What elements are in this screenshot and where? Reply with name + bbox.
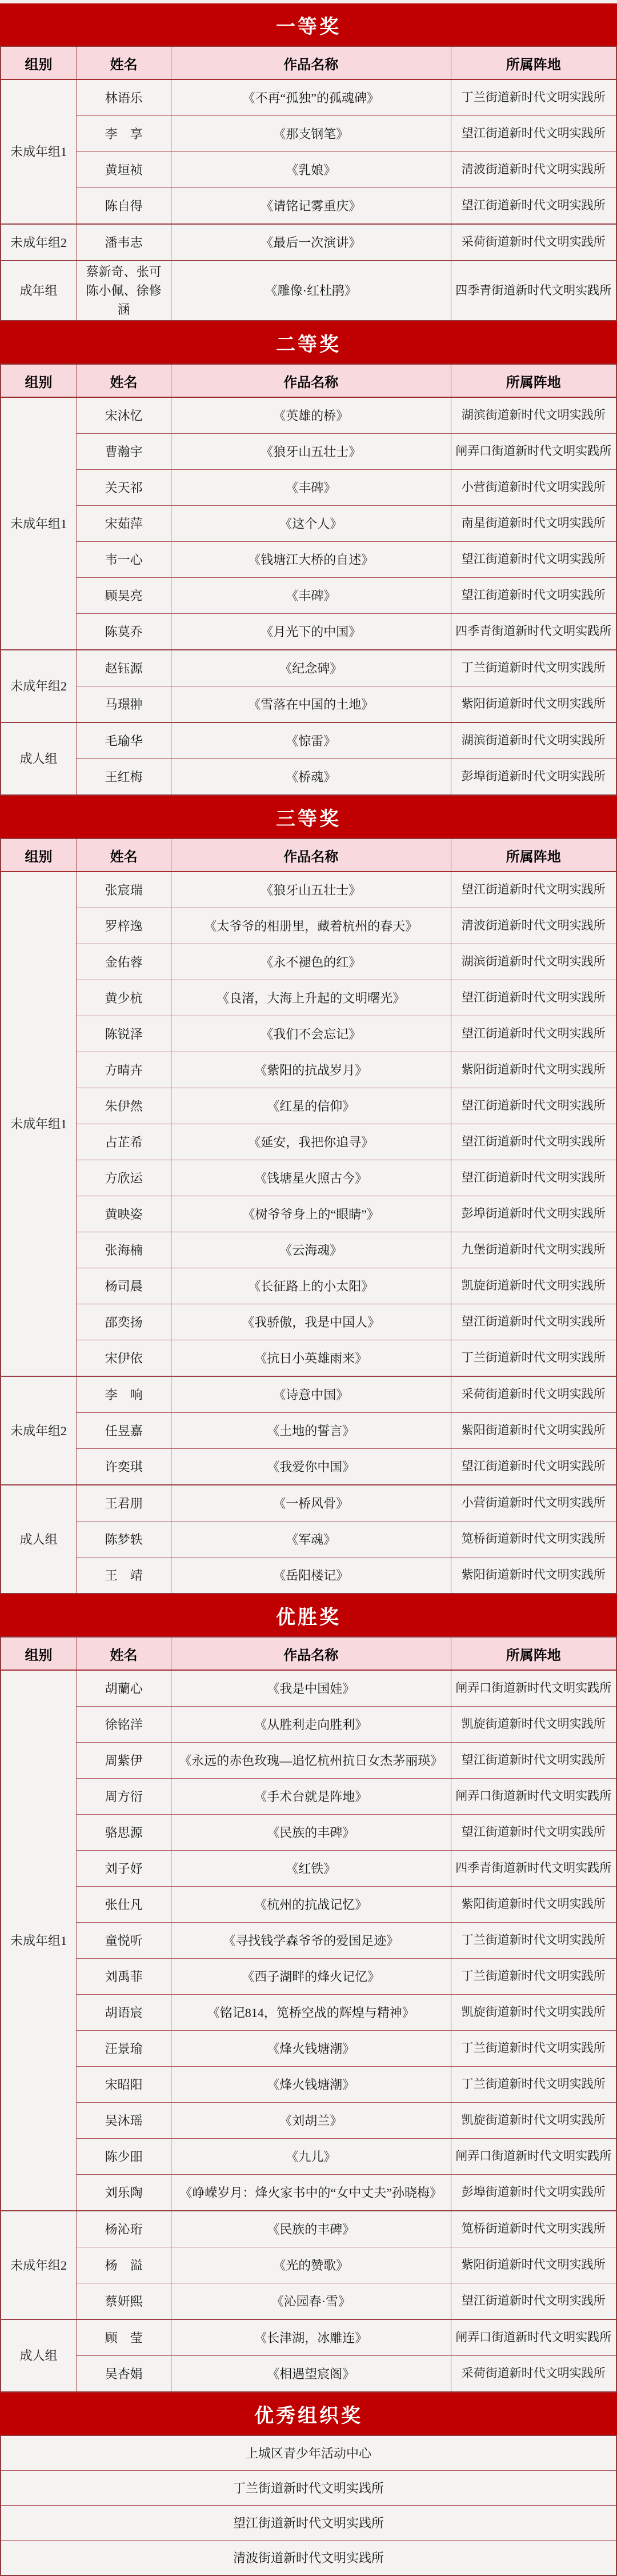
award-row: 罗梓逸《太爷爷的相册里，藏着杭州的春天》清波街道新时代文明实践所 bbox=[1, 908, 616, 944]
award-row: 周紫伊《永远的赤色玫瑰—追忆杭州抗日女杰茅丽瑛》望江街道新时代文明实践所 bbox=[1, 1743, 616, 1779]
org-cell: 望江街道新时代文明实践所 bbox=[451, 1743, 616, 1779]
award-row: 张海楠《云海魂》九堡街道新时代文明实践所 bbox=[1, 1232, 616, 1268]
award-table: 组别姓名作品名称所属阵地未成年组1林语乐《不再“孤独”的孤魂碑》丁兰街道新时代文… bbox=[0, 46, 617, 321]
prize-section-banner: 二等奖 bbox=[0, 321, 617, 364]
winner-name-cell: 骆思源 bbox=[77, 1815, 171, 1851]
work-title-cell: 《不再“孤独”的孤魂碑》 bbox=[171, 79, 451, 116]
org-cell: 凯旋街道新时代文明实践所 bbox=[451, 1995, 616, 2031]
award-row: 未成年组1胡蘭心《我是中国娃》闸弄口街道新时代文明实践所 bbox=[1, 1670, 616, 1707]
org-cell: 望江街道新时代文明实践所 bbox=[451, 1016, 616, 1052]
org-cell: 丁兰街道新时代文明实践所 bbox=[451, 2067, 616, 2103]
column-header: 作品名称 bbox=[171, 46, 451, 79]
org-cell: 丁兰街道新时代文明实践所 bbox=[451, 79, 616, 116]
work-title-cell: 《红星的信仰》 bbox=[171, 1088, 451, 1124]
org-cell: 丁兰街道新时代文明实践所 bbox=[451, 650, 616, 686]
winner-name-cell: 黄垣祯 bbox=[77, 152, 171, 188]
winner-name-cell: 徐铭洋 bbox=[77, 1707, 171, 1743]
award-row: 吴沐瑶《刘胡兰》凯旋街道新时代文明实践所 bbox=[1, 2103, 616, 2139]
work-title-cell: 《长津湖，冰雕连》 bbox=[171, 2319, 451, 2356]
winner-name-cell: 任昱嘉 bbox=[77, 1413, 171, 1449]
winner-name-cell: 毛瑜华 bbox=[77, 722, 171, 759]
work-title-cell: 《这个人》 bbox=[171, 506, 451, 542]
work-title-cell: 《长征路上的小太阳》 bbox=[171, 1268, 451, 1304]
org-cell: 闸弄口街道新时代文明实践所 bbox=[451, 1779, 616, 1815]
work-title-cell: 《军魂》 bbox=[171, 1521, 451, 1557]
column-header: 姓名 bbox=[77, 838, 171, 872]
winner-name-cell: 张仕凡 bbox=[77, 1887, 171, 1923]
org-cell: 闸弄口街道新时代文明实践所 bbox=[451, 2139, 616, 2175]
winner-name-cell: 金佑蓉 bbox=[77, 944, 171, 980]
org-cell: 闸弄口街道新时代文明实践所 bbox=[451, 2319, 616, 2356]
org-cell: 采荷街道新时代文明实践所 bbox=[451, 1376, 616, 1413]
award-row: 陈锐泽《我们不会忘记》望江街道新时代文明实践所 bbox=[1, 1016, 616, 1052]
org-cell: 笕桥街道新时代文明实践所 bbox=[451, 2211, 616, 2247]
award-row: 宋茹萍《这个人》南星街道新时代文明实践所 bbox=[1, 506, 616, 542]
org-cell: 彭埠街道新时代文明实践所 bbox=[451, 2175, 616, 2211]
org-cell: 采荷街道新时代文明实践所 bbox=[451, 224, 616, 261]
award-row: 胡语宸《铭记814，笕桥空战的辉煌与精神》凯旋街道新时代文明实践所 bbox=[1, 1995, 616, 2031]
winner-name-cell: 周方衍 bbox=[77, 1779, 171, 1815]
award-row: 许奕琪《我爱你中国》望江街道新时代文明实践所 bbox=[1, 1449, 616, 1485]
award-row: 黄垣祯《乳娘》清波街道新时代文明实践所 bbox=[1, 152, 616, 188]
org-cell: 闸弄口街道新时代文明实践所 bbox=[451, 434, 616, 470]
group-cell: 未成年组1 bbox=[1, 397, 77, 650]
winner-name-cell: 赵钰源 bbox=[77, 650, 171, 686]
winner-name-cell: 王 靖 bbox=[77, 1557, 171, 1594]
org-award-table: 上城区青少年活动中心丁兰街道新时代文明实践所望江街道新时代文明实践所清波街道新时… bbox=[0, 2435, 617, 2576]
org-cell: 清波街道新时代文明实践所 bbox=[451, 908, 616, 944]
group-cell: 成人组 bbox=[1, 1485, 77, 1593]
winner-name-cell: 周紫伊 bbox=[77, 1743, 171, 1779]
org-cell: 望江街道新时代文明实践所 bbox=[451, 2283, 616, 2320]
column-header-row: 组别姓名作品名称所属阵地 bbox=[1, 838, 616, 872]
award-row: 邵奕扬《我骄傲，我是中国人》望江街道新时代文明实践所 bbox=[1, 1304, 616, 1340]
award-row: 宋伊依《抗日小英雄雨来》丁兰街道新时代文明实践所 bbox=[1, 1340, 616, 1377]
work-title-cell: 《那支钢笔》 bbox=[171, 116, 451, 152]
work-title-cell: 《雪落在中国的土地》 bbox=[171, 686, 451, 723]
work-title-cell: 《永远的赤色玫瑰—追忆杭州抗日女杰茅丽瑛》 bbox=[171, 1743, 451, 1779]
org-award-cell: 丁兰街道新时代文明实践所 bbox=[1, 2471, 616, 2506]
column-header-row: 组别姓名作品名称所属阵地 bbox=[1, 46, 616, 79]
award-row: 未成年组1张宸瑞《狼牙山五壮士》望江街道新时代文明实践所 bbox=[1, 872, 616, 908]
org-cell: 湖滨街道新时代文明实践所 bbox=[451, 397, 616, 434]
work-title-cell: 《英雄的桥》 bbox=[171, 397, 451, 434]
winner-name-cell: 罗梓逸 bbox=[77, 908, 171, 944]
org-cell: 清波街道新时代文明实践所 bbox=[451, 152, 616, 188]
org-cell: 望江街道新时代文明实践所 bbox=[451, 980, 616, 1016]
work-title-cell: 《请铭记雾重庆》 bbox=[171, 188, 451, 225]
org-cell: 湖滨街道新时代文明实践所 bbox=[451, 722, 616, 759]
work-title-cell: 《相遇望宸阁》 bbox=[171, 2356, 451, 2393]
winner-name-cell: 杨司晨 bbox=[77, 1268, 171, 1304]
winner-name-cell: 杨 溢 bbox=[77, 2247, 171, 2283]
org-cell: 望江街道新时代文明实践所 bbox=[451, 1124, 616, 1160]
group-cell: 成人组 bbox=[1, 2319, 77, 2392]
winner-name-cell: 马璟翀 bbox=[77, 686, 171, 723]
work-title-cell: 《最后一次演讲》 bbox=[171, 224, 451, 261]
award-row: 王红梅《桥魂》彭埠街道新时代文明实践所 bbox=[1, 759, 616, 796]
work-title-cell: 《惊雷》 bbox=[171, 722, 451, 759]
prize-section-banner: 三等奖 bbox=[0, 796, 617, 838]
work-title-cell: 《九儿》 bbox=[171, 2139, 451, 2175]
work-title-cell: 《我们不会忘记》 bbox=[171, 1016, 451, 1052]
org-cell: 望江街道新时代文明实践所 bbox=[451, 872, 616, 908]
org-cell: 小营街道新时代文明实践所 bbox=[451, 1485, 616, 1521]
winner-name-cell: 李 享 bbox=[77, 116, 171, 152]
winner-name-cell: 王红梅 bbox=[77, 759, 171, 796]
group-cell: 成人组 bbox=[1, 722, 77, 795]
award-table-body: 未成年组1胡蘭心《我是中国娃》闸弄口街道新时代文明实践所徐铭洋《从胜利走向胜利》… bbox=[1, 1670, 616, 2392]
work-title-cell: 《杭州的抗战记忆》 bbox=[171, 1887, 451, 1923]
winner-name-cell: 陈自得 bbox=[77, 188, 171, 225]
winner-name-cell: 黄少杭 bbox=[77, 980, 171, 1016]
work-title-cell: 《民族的丰碑》 bbox=[171, 2211, 451, 2247]
column-header-row: 组别姓名作品名称所属阵地 bbox=[1, 364, 616, 397]
org-cell: 凯旋街道新时代文明实践所 bbox=[451, 2103, 616, 2139]
work-title-cell: 《铭记814，笕桥空战的辉煌与精神》 bbox=[171, 1995, 451, 2031]
winner-name-cell: 张宸瑞 bbox=[77, 872, 171, 908]
winner-name-cell: 曹瀚宇 bbox=[77, 434, 171, 470]
work-title-cell: 《狼牙山五壮士》 bbox=[171, 872, 451, 908]
winner-name-cell: 刘子妤 bbox=[77, 1851, 171, 1887]
group-cell: 未成年组1 bbox=[1, 1670, 77, 2211]
winner-name-cell: 王君朋 bbox=[77, 1485, 171, 1521]
org-cell: 四季青街道新时代文明实践所 bbox=[451, 261, 616, 321]
award-row: 未成年组2杨沁珩《民族的丰碑》笕桥街道新时代文明实践所 bbox=[1, 2211, 616, 2247]
org-cell: 望江街道新时代文明实践所 bbox=[451, 116, 616, 152]
column-header: 组别 bbox=[1, 364, 77, 397]
org-cell: 紫阳街道新时代文明实践所 bbox=[451, 1052, 616, 1088]
winner-name-cell: 方晴卉 bbox=[77, 1052, 171, 1088]
org-cell: 凯旋街道新时代文明实践所 bbox=[451, 1707, 616, 1743]
org-cell: 小营街道新时代文明实践所 bbox=[451, 470, 616, 506]
org-cell: 凯旋街道新时代文明实践所 bbox=[451, 1268, 616, 1304]
award-row: 韦一心《钱塘江大桥的自述》望江街道新时代文明实践所 bbox=[1, 542, 616, 578]
work-title-cell: 《太爷爷的相册里，藏着杭州的春天》 bbox=[171, 908, 451, 944]
column-header: 作品名称 bbox=[171, 838, 451, 872]
award-row: 任昱嘉《土地的誓言》紫阳街道新时代文明实践所 bbox=[1, 1413, 616, 1449]
award-row: 童悦听《寻找钱学森爷爷的爱国足迹》丁兰街道新时代文明实践所 bbox=[1, 1923, 616, 1959]
org-cell: 望江街道新时代文明实践所 bbox=[451, 188, 616, 225]
org-award-row: 望江街道新时代文明实践所 bbox=[1, 2506, 616, 2541]
winner-name-cell: 宋昭阳 bbox=[77, 2067, 171, 2103]
group-cell: 未成年组2 bbox=[1, 224, 77, 261]
work-title-cell: 《狼牙山五壮士》 bbox=[171, 434, 451, 470]
winner-name-cell: 陈梦轶 bbox=[77, 1521, 171, 1557]
org-cell: 四季青街道新时代文明实践所 bbox=[451, 1851, 616, 1887]
winner-name-cell: 韦一心 bbox=[77, 542, 171, 578]
org-cell: 笕桥街道新时代文明实践所 bbox=[451, 1521, 616, 1557]
column-header: 作品名称 bbox=[171, 364, 451, 397]
org-cell: 望江街道新时代文明实践所 bbox=[451, 1304, 616, 1340]
work-title-cell: 《乳娘》 bbox=[171, 152, 451, 188]
org-cell: 丁兰街道新时代文明实践所 bbox=[451, 2031, 616, 2067]
winner-name-cell: 方欣运 bbox=[77, 1160, 171, 1196]
award-table-head: 组别姓名作品名称所属阵地 bbox=[1, 46, 616, 79]
award-row: 周方衍《手术台就是阵地》闸弄口街道新时代文明实践所 bbox=[1, 1779, 616, 1815]
column-header: 所属阵地 bbox=[451, 1637, 616, 1670]
award-row: 占芷希《延安，我把你追寻》望江街道新时代文明实践所 bbox=[1, 1124, 616, 1160]
award-row: 金佑蓉《永不褪色的红》湖滨街道新时代文明实践所 bbox=[1, 944, 616, 980]
column-header: 所属阵地 bbox=[451, 46, 616, 79]
award-row: 顾昊亮《丰碑》望江街道新时代文明实践所 bbox=[1, 578, 616, 614]
winner-name-cell: 陈莫乔 bbox=[77, 614, 171, 650]
award-row: 成人组王君朋《一桥风骨》小营街道新时代文明实践所 bbox=[1, 1485, 616, 1521]
work-title-cell: 《丰碑》 bbox=[171, 470, 451, 506]
work-title-cell: 《岳阳楼记》 bbox=[171, 1557, 451, 1594]
column-header: 所属阵地 bbox=[451, 364, 616, 397]
org-cell: 丁兰街道新时代文明实践所 bbox=[451, 1340, 616, 1377]
winner-name-cell: 刘禹菲 bbox=[77, 1959, 171, 1995]
award-table-body: 未成年组1宋沐忆《英雄的桥》湖滨街道新时代文明实践所曹瀚宇《狼牙山五壮士》闸弄口… bbox=[1, 397, 616, 795]
work-title-cell: 《月光下的中国》 bbox=[171, 614, 451, 650]
award-table: 组别姓名作品名称所属阵地未成年组1宋沐忆《英雄的桥》湖滨街道新时代文明实践所曹瀚… bbox=[0, 364, 617, 796]
prize-section-banner: 优胜奖 bbox=[0, 1594, 617, 1636]
work-title-cell: 《桥魂》 bbox=[171, 759, 451, 796]
winner-name-cell: 宋茹萍 bbox=[77, 506, 171, 542]
award-row: 成人组毛瑜华《惊雷》湖滨街道新时代文明实践所 bbox=[1, 722, 616, 759]
award-row: 张仕凡《杭州的抗战记忆》紫阳街道新时代文明实践所 bbox=[1, 1887, 616, 1923]
org-cell: 紫阳街道新时代文明实践所 bbox=[451, 2247, 616, 2283]
award-row: 方晴卉《紫阳的抗战岁月》紫阳街道新时代文明实践所 bbox=[1, 1052, 616, 1088]
work-title-cell: 《钱塘江大桥的自述》 bbox=[171, 542, 451, 578]
work-title-cell: 《一桥风骨》 bbox=[171, 1485, 451, 1521]
work-title-cell: 《紫阳的抗战岁月》 bbox=[171, 1052, 451, 1088]
column-header: 组别 bbox=[1, 838, 77, 872]
group-cell: 未成年组2 bbox=[1, 650, 77, 722]
column-header: 所属阵地 bbox=[451, 838, 616, 872]
winner-name-cell: 宋伊依 bbox=[77, 1340, 171, 1377]
org-cell: 望江街道新时代文明实践所 bbox=[451, 1449, 616, 1485]
award-row: 王 靖《岳阳楼记》紫阳街道新时代文明实践所 bbox=[1, 1557, 616, 1594]
column-header: 组别 bbox=[1, 46, 77, 79]
winner-name-cell: 吴沐瑶 bbox=[77, 2103, 171, 2139]
work-title-cell: 《烽火钱塘潮》 bbox=[171, 2067, 451, 2103]
award-row: 汪景瑜《烽火钱塘潮》丁兰街道新时代文明实践所 bbox=[1, 2031, 616, 2067]
column-header: 姓名 bbox=[77, 364, 171, 397]
award-row: 未成年组1宋沐忆《英雄的桥》湖滨街道新时代文明实践所 bbox=[1, 397, 616, 434]
award-row: 杨 溢《光的赞歌》紫阳街道新时代文明实践所 bbox=[1, 2247, 616, 2283]
award-row: 陈自得《请铭记雾重庆》望江街道新时代文明实践所 bbox=[1, 188, 616, 225]
work-title-cell: 《我是中国娃》 bbox=[171, 1670, 451, 1707]
award-row: 陈梦轶《军魂》笕桥街道新时代文明实践所 bbox=[1, 1521, 616, 1557]
group-cell: 成年组 bbox=[1, 261, 77, 321]
winner-name-cell: 刘乐陶 bbox=[77, 2175, 171, 2211]
work-title-cell: 《手术台就是阵地》 bbox=[171, 1779, 451, 1815]
winner-name-cell: 潘韦志 bbox=[77, 224, 171, 261]
column-header: 姓名 bbox=[77, 46, 171, 79]
award-row: 曹瀚宇《狼牙山五壮士》闸弄口街道新时代文明实践所 bbox=[1, 434, 616, 470]
winner-name-cell: 张海楠 bbox=[77, 1232, 171, 1268]
award-row: 关天祁《丰碑》小营街道新时代文明实践所 bbox=[1, 470, 616, 506]
work-title-cell: 《峥嵘岁月：烽火家书中的“女中丈夫”孙晓梅》 bbox=[171, 2175, 451, 2211]
org-cell: 紫阳街道新时代文明实践所 bbox=[451, 1887, 616, 1923]
org-cell: 采荷街道新时代文明实践所 bbox=[451, 2356, 616, 2393]
award-table-head: 组别姓名作品名称所属阵地 bbox=[1, 838, 616, 872]
work-title-cell: 《从胜利走向胜利》 bbox=[171, 1707, 451, 1743]
winner-name-cell: 胡语宸 bbox=[77, 1995, 171, 2031]
work-title-cell: 《雕像·红杜鹃》 bbox=[171, 261, 451, 321]
work-title-cell: 《土地的誓言》 bbox=[171, 1413, 451, 1449]
group-cell: 未成年组1 bbox=[1, 79, 77, 224]
award-row: 刘子妤《红铁》四季青街道新时代文明实践所 bbox=[1, 1851, 616, 1887]
award-row: 未成年组2赵钰源《纪念碑》丁兰街道新时代文明实践所 bbox=[1, 650, 616, 686]
winner-name-cell: 邵奕扬 bbox=[77, 1304, 171, 1340]
award-row: 徐铭洋《从胜利走向胜利》凯旋街道新时代文明实践所 bbox=[1, 1707, 616, 1743]
award-table-head: 组别姓名作品名称所属阵地 bbox=[1, 1637, 616, 1670]
winner-name-cell: 关天祁 bbox=[77, 470, 171, 506]
award-row: 方欣运《钱塘星火照古今》望江街道新时代文明实践所 bbox=[1, 1160, 616, 1196]
winner-name-cell: 汪景瑜 bbox=[77, 2031, 171, 2067]
work-title-cell: 《寻找钱学森爷爷的爱国足迹》 bbox=[171, 1923, 451, 1959]
winner-name-cell: 李 响 bbox=[77, 1376, 171, 1413]
work-title-cell: 《丰碑》 bbox=[171, 578, 451, 614]
work-title-cell: 《钱塘星火照古今》 bbox=[171, 1160, 451, 1196]
group-cell: 未成年组2 bbox=[1, 2211, 77, 2319]
winner-name-cell: 陈少昍 bbox=[77, 2139, 171, 2175]
winner-name-cell: 朱伊然 bbox=[77, 1088, 171, 1124]
column-header: 姓名 bbox=[77, 1637, 171, 1670]
winner-name-cell: 吴杏娟 bbox=[77, 2356, 171, 2393]
work-title-cell: 《民族的丰碑》 bbox=[171, 1815, 451, 1851]
work-title-cell: 《我爱你中国》 bbox=[171, 1449, 451, 1485]
award-table-body: 未成年组1张宸瑞《狼牙山五壮士》望江街道新时代文明实践所罗梓逸《太爷爷的相册里，… bbox=[1, 872, 616, 1593]
org-cell: 紫阳街道新时代文明实践所 bbox=[451, 1557, 616, 1594]
org-cell: 望江街道新时代文明实践所 bbox=[451, 1088, 616, 1124]
org-award-row: 上城区青少年活动中心 bbox=[1, 2435, 616, 2471]
group-cell: 未成年组1 bbox=[1, 872, 77, 1376]
work-title-cell: 《沁园春·雪》 bbox=[171, 2283, 451, 2320]
org-cell: 彭埠街道新时代文明实践所 bbox=[451, 1196, 616, 1232]
award-row: 刘乐陶《峥嵘岁月：烽火家书中的“女中丈夫”孙晓梅》彭埠街道新时代文明实践所 bbox=[1, 2175, 616, 2211]
prize-section-banner: 一等奖 bbox=[0, 3, 617, 46]
award-row: 成人组顾 莹《长津湖，冰雕连》闸弄口街道新时代文明实践所 bbox=[1, 2319, 616, 2356]
award-row: 杨司晨《长征路上的小太阳》凯旋街道新时代文明实践所 bbox=[1, 1268, 616, 1304]
award-list-document: 一等奖组别姓名作品名称所属阵地未成年组1林语乐《不再“孤独”的孤魂碑》丁兰街道新… bbox=[0, 0, 617, 2576]
award-row: 朱伊然《红星的信仰》望江街道新时代文明实践所 bbox=[1, 1088, 616, 1124]
award-table: 组别姓名作品名称所属阵地未成年组1胡蘭心《我是中国娃》闸弄口街道新时代文明实践所… bbox=[0, 1636, 617, 2393]
award-row: 未成年组1林语乐《不再“孤独”的孤魂碑》丁兰街道新时代文明实践所 bbox=[1, 79, 616, 116]
work-title-cell: 《树爷爷身上的“眼睛”》 bbox=[171, 1196, 451, 1232]
work-title-cell: 《抗日小英雄雨来》 bbox=[171, 1340, 451, 1377]
group-cell: 未成年组2 bbox=[1, 1376, 77, 1485]
org-award-row: 丁兰街道新时代文明实践所 bbox=[1, 2471, 616, 2506]
org-cell: 紫阳街道新时代文明实践所 bbox=[451, 1413, 616, 1449]
winner-name-cell: 顾昊亮 bbox=[77, 578, 171, 614]
org-award-banner: 优秀组织奖 bbox=[0, 2393, 617, 2435]
award-row: 马璟翀《雪落在中国的土地》紫阳街道新时代文明实践所 bbox=[1, 686, 616, 723]
work-title-cell: 《纪念碑》 bbox=[171, 650, 451, 686]
org-cell: 丁兰街道新时代文明实践所 bbox=[451, 1923, 616, 1959]
work-title-cell: 《我骄傲，我是中国人》 bbox=[171, 1304, 451, 1340]
award-row: 吴杏娟《相遇望宸阁》采荷街道新时代文明实践所 bbox=[1, 2356, 616, 2393]
work-title-cell: 《西子湖畔的烽火记忆》 bbox=[171, 1959, 451, 1995]
award-row: 宋昭阳《烽火钱塘潮》丁兰街道新时代文明实践所 bbox=[1, 2067, 616, 2103]
award-row: 蔡妍熙《沁园春·雪》望江街道新时代文明实践所 bbox=[1, 2283, 616, 2320]
org-cell: 湖滨街道新时代文明实践所 bbox=[451, 944, 616, 980]
winner-name-cell: 杨沁珩 bbox=[77, 2211, 171, 2247]
column-header-row: 组别姓名作品名称所属阵地 bbox=[1, 1637, 616, 1670]
work-title-cell: 《烽火钱塘潮》 bbox=[171, 2031, 451, 2067]
award-row: 陈莫乔《月光下的中国》四季青街道新时代文明实践所 bbox=[1, 614, 616, 650]
org-cell: 望江街道新时代文明实践所 bbox=[451, 1815, 616, 1851]
award-row: 李 享《那支钢笔》望江街道新时代文明实践所 bbox=[1, 116, 616, 152]
org-cell: 四季青街道新时代文明实践所 bbox=[451, 614, 616, 650]
winner-name-cell: 占芷希 bbox=[77, 1124, 171, 1160]
award-row: 未成年组2潘韦志《最后一次演讲》采荷街道新时代文明实践所 bbox=[1, 224, 616, 261]
org-cell: 望江街道新时代文明实践所 bbox=[451, 542, 616, 578]
org-cell: 九堡街道新时代文明实践所 bbox=[451, 1232, 616, 1268]
org-cell: 南星街道新时代文明实践所 bbox=[451, 506, 616, 542]
winner-name-cell: 林语乐 bbox=[77, 79, 171, 116]
org-cell: 紫阳街道新时代文明实践所 bbox=[451, 686, 616, 723]
award-row: 黄映姿《树爷爷身上的“眼睛”》彭埠街道新时代文明实践所 bbox=[1, 1196, 616, 1232]
winner-name-cell: 陈锐泽 bbox=[77, 1016, 171, 1052]
winner-name-cell: 胡蘭心 bbox=[77, 1670, 171, 1707]
org-award-cell: 清波街道新时代文明实践所 bbox=[1, 2541, 616, 2576]
org-cell: 望江街道新时代文明实践所 bbox=[451, 578, 616, 614]
work-title-cell: 《光的赞歌》 bbox=[171, 2247, 451, 2283]
winner-name-cell: 蔡新奇、张可 陈小佩、徐修涵 bbox=[77, 261, 171, 321]
work-title-cell: 《云海魂》 bbox=[171, 1232, 451, 1268]
award-row: 成年组蔡新奇、张可 陈小佩、徐修涵《雕像·红杜鹃》四季青街道新时代文明实践所 bbox=[1, 261, 616, 321]
work-title-cell: 《永不褪色的红》 bbox=[171, 944, 451, 980]
award-table-head: 组别姓名作品名称所属阵地 bbox=[1, 364, 616, 397]
work-title-cell: 《诗意中国》 bbox=[171, 1376, 451, 1413]
org-cell: 望江街道新时代文明实践所 bbox=[451, 1160, 616, 1196]
winner-name-cell: 蔡妍熙 bbox=[77, 2283, 171, 2320]
winner-name-cell: 顾 莹 bbox=[77, 2319, 171, 2356]
award-row: 未成年组2李 响《诗意中国》采荷街道新时代文明实践所 bbox=[1, 1376, 616, 1413]
award-table-body: 未成年组1林语乐《不再“孤独”的孤魂碑》丁兰街道新时代文明实践所李 享《那支钢笔… bbox=[1, 79, 616, 321]
org-award-cell: 上城区青少年活动中心 bbox=[1, 2435, 616, 2471]
org-award-cell: 望江街道新时代文明实践所 bbox=[1, 2506, 616, 2541]
org-award-table-body: 上城区青少年活动中心丁兰街道新时代文明实践所望江街道新时代文明实践所清波街道新时… bbox=[1, 2435, 616, 2575]
winner-name-cell: 童悦听 bbox=[77, 1923, 171, 1959]
winner-name-cell: 许奕琪 bbox=[77, 1449, 171, 1485]
work-title-cell: 《延安，我把你追寻》 bbox=[171, 1124, 451, 1160]
column-header: 作品名称 bbox=[171, 1637, 451, 1670]
award-table: 组别姓名作品名称所属阵地未成年组1张宸瑞《狼牙山五壮士》望江街道新时代文明实践所… bbox=[0, 838, 617, 1594]
winner-name-cell: 黄映姿 bbox=[77, 1196, 171, 1232]
award-row: 刘禹菲《西子湖畔的烽火记忆》丁兰街道新时代文明实践所 bbox=[1, 1959, 616, 1995]
org-cell: 闸弄口街道新时代文明实践所 bbox=[451, 1670, 616, 1707]
org-cell: 丁兰街道新时代文明实践所 bbox=[451, 1959, 616, 1995]
org-award-row: 清波街道新时代文明实践所 bbox=[1, 2541, 616, 2576]
work-title-cell: 《刘胡兰》 bbox=[171, 2103, 451, 2139]
work-title-cell: 《红铁》 bbox=[171, 1851, 451, 1887]
work-title-cell: 《良渚，大海上升起的文明曙光》 bbox=[171, 980, 451, 1016]
award-row: 骆思源《民族的丰碑》望江街道新时代文明实践所 bbox=[1, 1815, 616, 1851]
award-row: 黄少杭《良渚，大海上升起的文明曙光》望江街道新时代文明实践所 bbox=[1, 980, 616, 1016]
column-header: 组别 bbox=[1, 1637, 77, 1670]
award-row: 陈少昍《九儿》闸弄口街道新时代文明实践所 bbox=[1, 2139, 616, 2175]
org-cell: 彭埠街道新时代文明实践所 bbox=[451, 759, 616, 796]
winner-name-cell: 宋沐忆 bbox=[77, 397, 171, 434]
